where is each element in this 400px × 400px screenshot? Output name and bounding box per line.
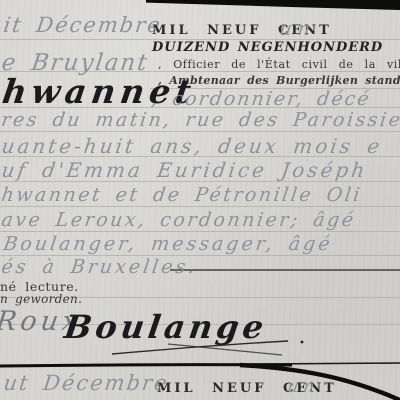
scanned-register-page: it Décembre MIL NEUF CENT un DUIZEND NEG… — [0, 0, 400, 400]
handwritten-date-next: ut Décembre — [2, 371, 170, 395]
record-divider-line — [0, 0, 400, 400]
handwritten-year-suffix-next: un — [286, 377, 321, 397]
